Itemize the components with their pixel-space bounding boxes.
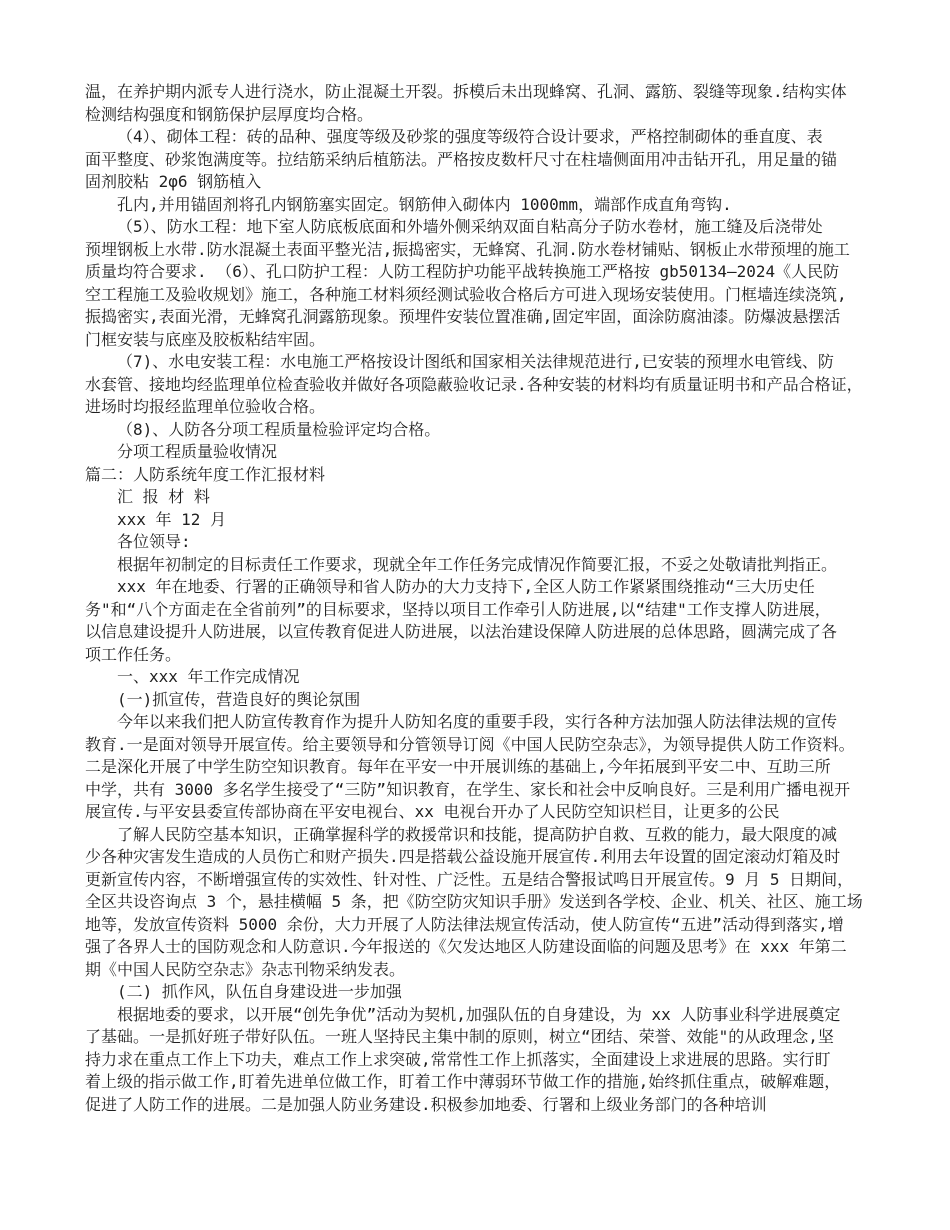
text-line: 以信息建设提升人防进展，以宣传教育促进人防进展，以法治建设保障人防进展的总体思路… — [85, 621, 877, 644]
text-line: 面平整度、砂浆饱满度等。拉结筋采纳后植筋法。严格按皮数杆尺寸在柱墙侧面用冲击钻开… — [85, 149, 877, 172]
text-line: (一)抓宣传，营造良好的舆论氛围 — [85, 689, 877, 712]
text-line: （5）、防水工程：地下室人防底板底面和外墙外侧采纳双面自粘高分子防水卷材，施工缝… — [85, 216, 877, 239]
text-line: 今年以来我们把人防宣传教育作为提升人防知名度的重要手段，实行各种方法加强人防法律… — [85, 711, 877, 734]
text-line: （8)、人防各分项工程质量检验评定均合格。 — [85, 419, 877, 442]
text-line: 各位领导: — [85, 531, 877, 554]
text-line: 着上级的指示做工作,盯着先进单位做工作，盯着工作中薄弱环节做工作的措施,始终抓住… — [85, 1071, 877, 1094]
text-line: 持力求在重点工作上下功夫，难点工作上求突破,常常性工作上抓落实，全面建设上求进展… — [85, 1049, 877, 1072]
text-line: 根据年初制定的目标责任工作要求，现就全年工作任务完成情况作简要汇报，不妥之处敬请… — [85, 554, 877, 577]
text-line: 了解人民防空基本知识，正确掌握科学的救援常识和技能，提高防护自救、互救的能力，最… — [85, 824, 877, 847]
text-line: （7)、水电安装工程：水电施工严格按设计图纸和国家相关法律规范进行,已安装的预埋… — [85, 351, 877, 374]
text-line: xxx 年在地委、行署的正确领导和省人防办的大力支持下,全区人防工作紧紧围绕推动… — [85, 576, 877, 599]
text-line: 检测结构强度和钢筋保护层厚度均合格。 — [85, 104, 877, 127]
text-line: 预埋钢板上水带.防水混凝土表面平整光洁,振捣密实，无蜂窝、孔洞.防水卷材铺贴、钢… — [85, 239, 877, 262]
text-line: 空工程施工及验收规划》施工，各种施工材料须经测试验收合格后方可进入现场安装使用。… — [85, 284, 877, 307]
text-line: 孔内,并用锚固剂将孔内钢筋塞实固定。钢筋伸入砌体内 1000mm，端部作成直角弯… — [85, 194, 877, 217]
text-line: 分项工程质量验收情况 — [85, 441, 877, 464]
text-line: (二) 抓作风，队伍自身建设进一步加强 — [85, 981, 877, 1004]
text-line: 进场时均报经监理单位验收合格。 — [85, 396, 877, 419]
text-line: 振捣密实,表面光滑，无蜂窝孔洞露筋现象。预埋件安装位置准确,固定牢固，面涂防腐油… — [85, 306, 877, 329]
text-line: 强了各界人士的国防观念和人防意识.今年报送的《欠发达地区人防建设面临的问题及思考… — [85, 936, 877, 959]
text-line: 展宣传.与平安县委宣传部协商在平安电视台、xx 电视台开办了人民防空知识栏目，让… — [85, 801, 877, 824]
text-line: 地等，发放宣传资料 5000 余份，大力开展了人防法律法规宣传活动，使人防宣传“… — [85, 914, 877, 937]
text-line: 质量均符合要求. （6）、孔口防护工程：人防工程防护功能平战转换施工严格按 gb… — [85, 261, 877, 284]
text-line: 二是深化开展了中学生防空知识教育。每年在平安一中开展训练的基础上,今年拓展到平安… — [85, 756, 877, 779]
text-line: 温，在养护期内派专人进行浇水，防止混凝土开裂。拆模后未出现蜂窝、孔洞、露筋、裂缝… — [85, 81, 877, 104]
text-line: 了基础。一是抓好班子带好队伍。一班人坚持民主集中制的原则，树立“团结、荣誉、效能… — [85, 1026, 877, 1049]
text-line: （4）、砌体工程：砖的品种、强度等级及砂浆的强度等级符合设计要求，严格控制砌体的… — [85, 126, 877, 149]
text-line: 教育.一是面对领导开展宣传。给主要领导和分管领导订阅《中国人民防空杂志》，为领导… — [85, 734, 877, 757]
text-line: 项工作任务。 — [85, 644, 877, 667]
text-line: 根据地委的要求，以开展“创先争优”活动为契机,加强队伍的自身建设，为 xx 人防… — [85, 1004, 877, 1027]
text-line: xxx 年 12 月 — [85, 509, 877, 532]
text-line: 少各种灾害发生造成的人员伤亡和财产损失.四是搭载公益设施开展宣传.利用去年设置的… — [85, 846, 877, 869]
text-line: 汇 报 材 料 — [85, 486, 877, 509]
document-page: 温，在养护期内派专人进行浇水，防止混凝土开裂。拆模后未出现蜂窝、孔洞、露筋、裂缝… — [0, 0, 950, 1230]
text-line: 水套管、接地均经监理单位检查验收并做好各项隐蔽验收记录.各种安装的材料均有质量证… — [85, 374, 877, 397]
text-line: 务"和“八个方面走在全省前列”的目标要求，坚持以项目工作牵引人防进展,以“结建"… — [85, 599, 877, 622]
document-body: 温，在养护期内派专人进行浇水，防止混凝土开裂。拆模后未出现蜂窝、孔洞、露筋、裂缝… — [85, 81, 877, 1116]
text-line: 促进了人防工作的进展。二是加强人防业务建设.积极参加地委、行署和上级业务部门的各… — [85, 1094, 877, 1117]
text-line: 中学，共有 3000 多名学生接受了“三防”知识教育，在学生、家长和社会中反响良… — [85, 779, 877, 802]
text-line: 全区共设咨询点 3 个，悬挂横幅 5 条，把《防空防灾知识手册》发送到各学校、企… — [85, 891, 877, 914]
text-line: 门框安装与底座及胶板粘结牢固。 — [85, 329, 877, 352]
text-line: 固剂胶粘 2φ6 钢筋植入 — [85, 171, 877, 194]
text-line: 一、xxx 年工作完成情况 — [85, 666, 877, 689]
text-line: 篇二：人防系统年度工作汇报材料 — [85, 464, 877, 487]
text-line: 更新宣传内容，不断增强宣传的实效性、针对性、广泛性。五是结合警报试鸣日开展宣传。… — [85, 869, 877, 892]
text-line: 期《中国人民防空杂志》杂志刊物采纳发表。 — [85, 959, 877, 982]
